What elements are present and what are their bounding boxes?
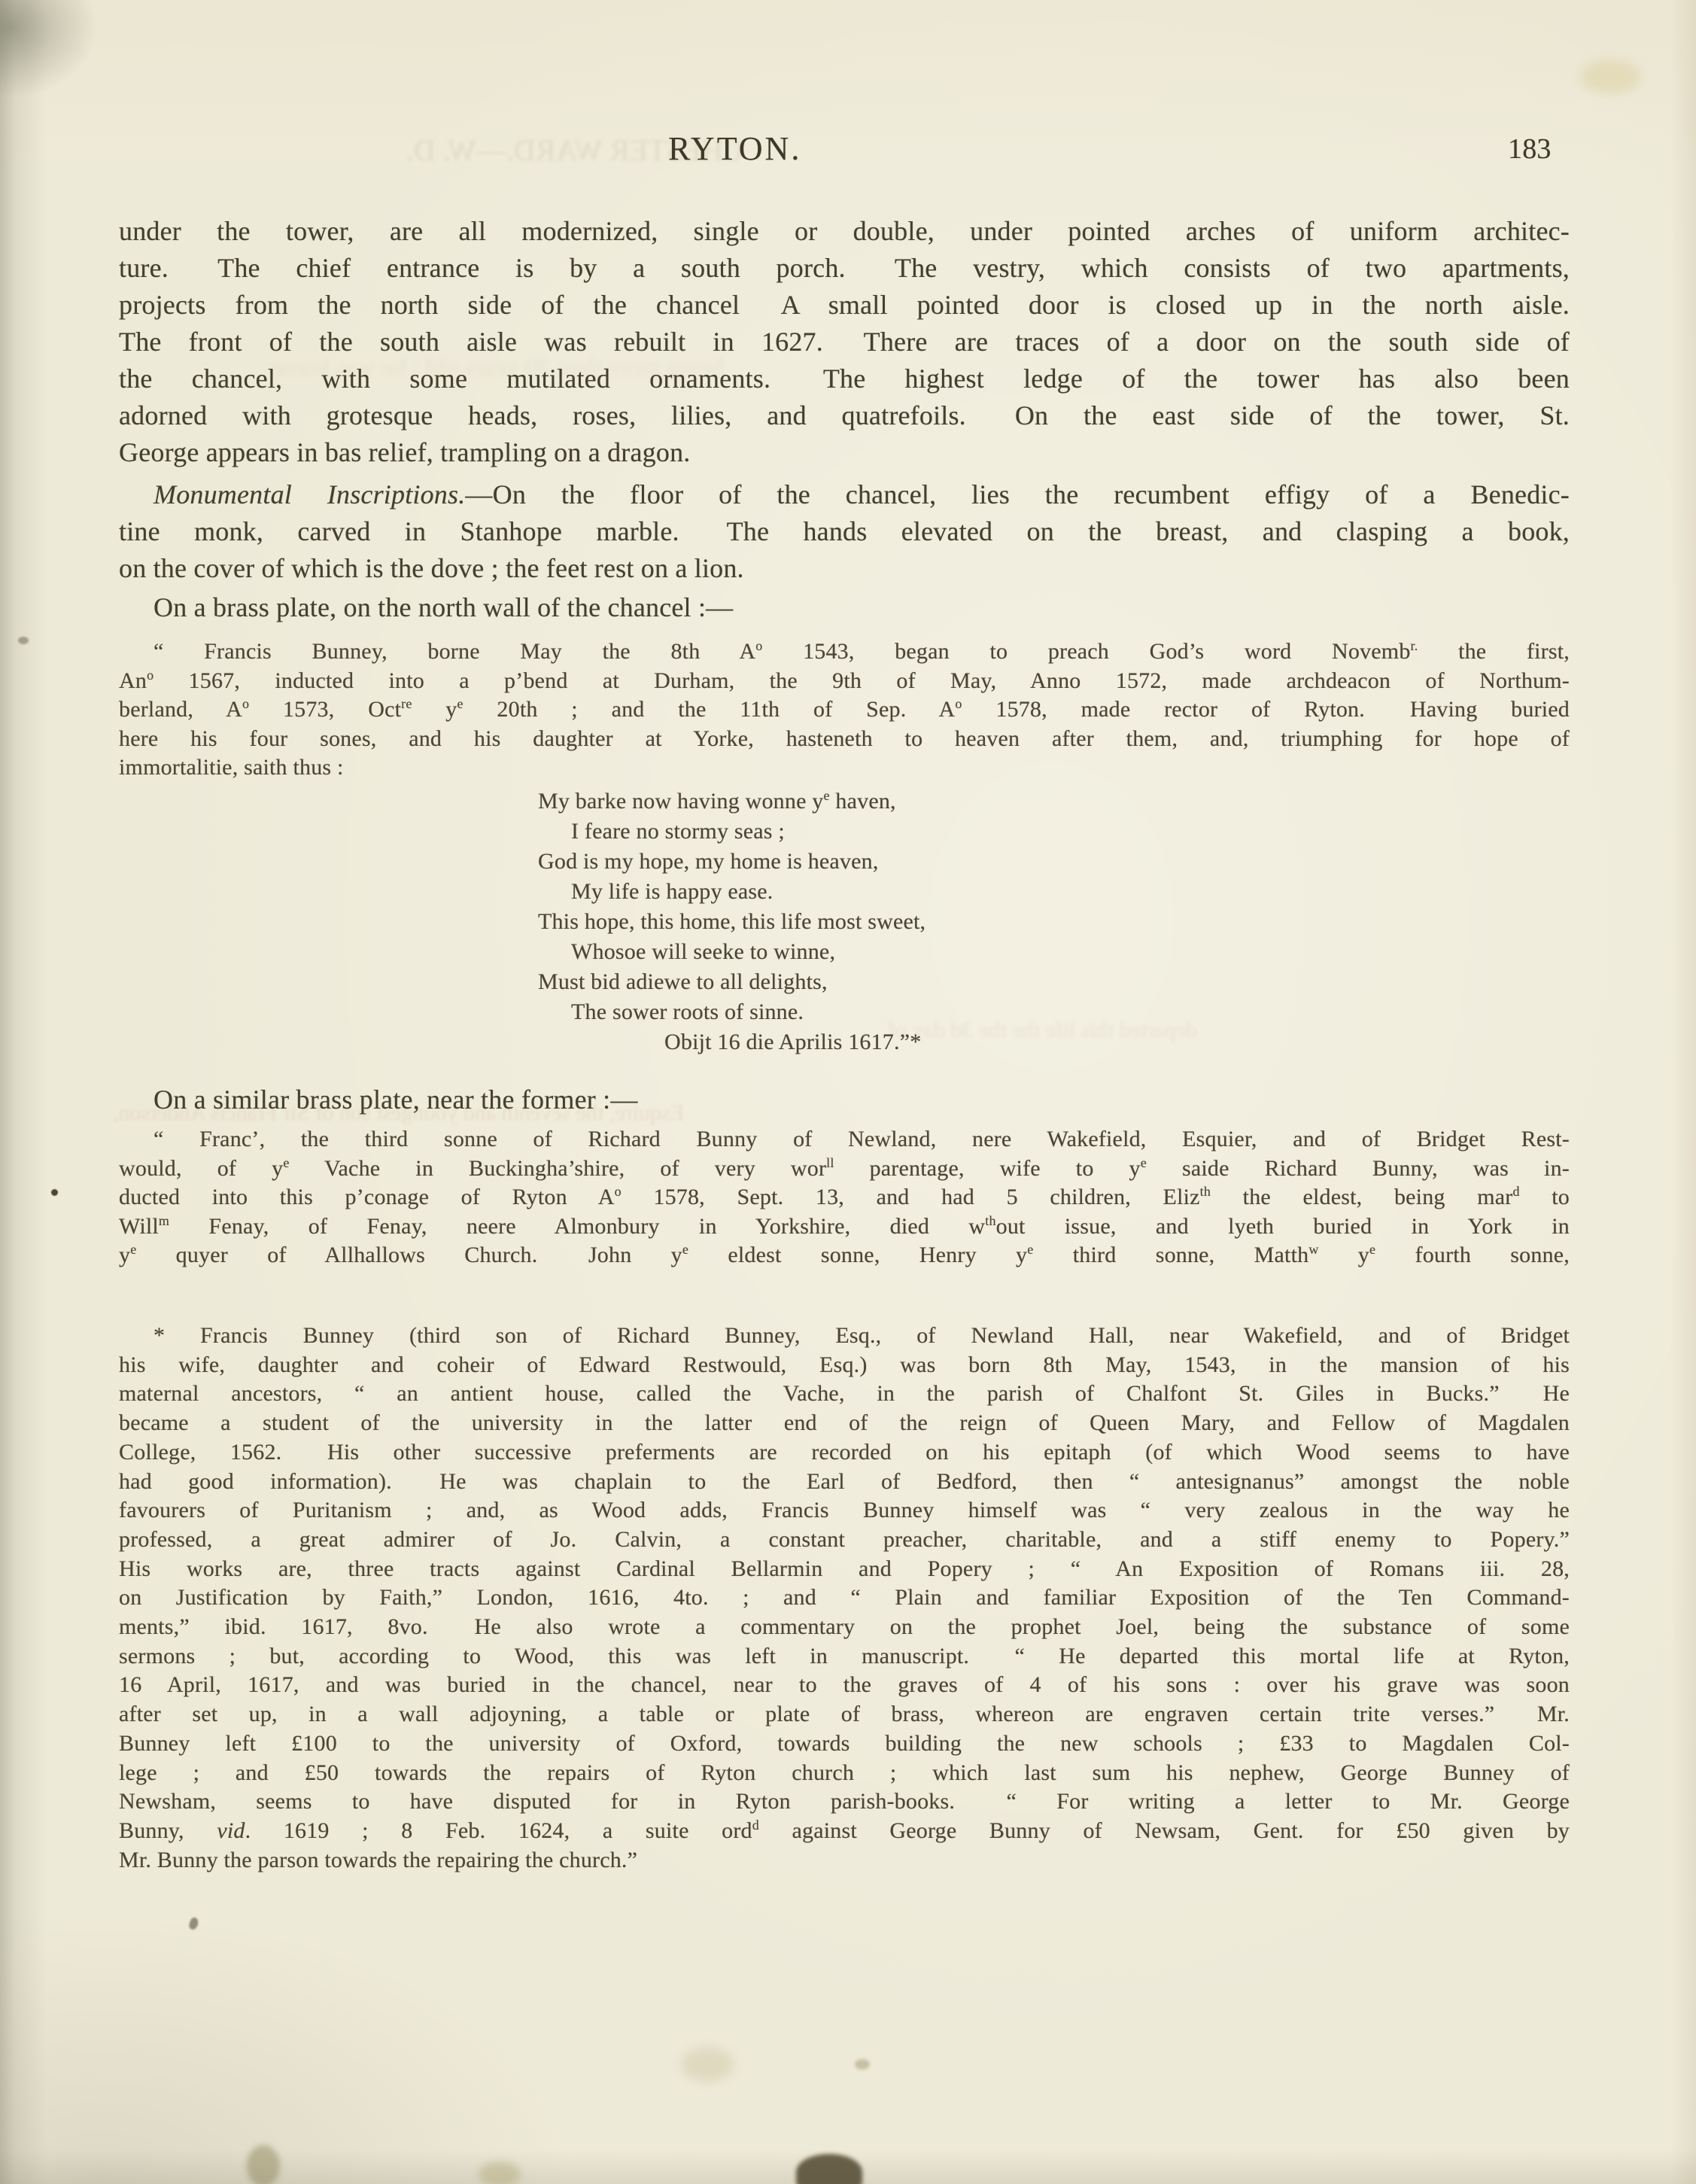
- verse-line: Obijt 16 die Aprilis 1617.”*: [538, 1027, 1366, 1057]
- epitaph-verse: My barke now having wonne ye haven,I fea…: [538, 786, 1366, 1057]
- text-line: the chancel, with some mutilated ornamen…: [119, 360, 1570, 397]
- footnote-line: lege ; and £50 towards the repairs of Ry…: [119, 1759, 1570, 1788]
- inscription-line: ducted into this p’conage of Ryton Ao 15…: [119, 1183, 1570, 1212]
- text-line: Monumental Inscriptions.—On the floor of…: [119, 476, 1570, 513]
- footnote-line: Bunny, vid. 1619 ; 8 Feb. 1624, a suite …: [119, 1817, 1570, 1846]
- lead-in-brass-plate: On a brass plate, on the north wall of t…: [119, 589, 1570, 626]
- body-paragraph-1: under the tower, are all modernized, sin…: [119, 213, 1570, 471]
- verse-line: I feare no stormy seas ;: [538, 817, 1366, 847]
- paper-stain: [855, 2059, 870, 2070]
- footnote-line: his wife, daughter and coheir of Edward …: [119, 1351, 1570, 1380]
- page-number: 183: [1508, 132, 1552, 166]
- ink-dot-mark: [51, 1189, 58, 1196]
- inscription-line: Willm Fenay, of Fenay, neere Almonbury i…: [119, 1212, 1570, 1242]
- verse-line: This hope, this home, this life most swe…: [538, 907, 1366, 937]
- footnote-line: Mr. Bunny the parson towards the repairi…: [119, 1846, 1570, 1875]
- paper-stain: [1580, 60, 1640, 93]
- inscription-franc-bunny: “ Franc’, the third sonne of Richard Bun…: [119, 1125, 1570, 1270]
- text-line: on the cover of which is the dove ; the …: [119, 550, 1570, 587]
- footnote-line: Bunney left £100 to the university of Ox…: [119, 1729, 1570, 1759]
- footnote-line: 16 April, 1617, and was buried in the ch…: [119, 1671, 1570, 1700]
- footnote-line: Newsham, seems to have disputed for in R…: [119, 1787, 1570, 1817]
- lead-in-similar-plate: On a similar brass plate, near the forme…: [119, 1081, 1570, 1118]
- footnote-line: His works are, three tracts against Card…: [119, 1555, 1570, 1584]
- verse-line: My life is happy ease.: [538, 877, 1366, 907]
- inscription-line: berland, Ao 1573, Octre ye 20th ; and th…: [119, 695, 1570, 725]
- text-line: adorned with grotesque heads, roses, lil…: [119, 397, 1570, 434]
- footnote-line: became a student of the university in th…: [119, 1409, 1570, 1438]
- inscription-line: Ano 1567, inducted into a p’bend at Durh…: [119, 667, 1570, 696]
- inscription-line: ye quyer of Allhallows Church. John ye e…: [119, 1241, 1570, 1270]
- verse-line: Must bid adiewe to all delights,: [538, 967, 1366, 997]
- text-line: The front of the south aisle was rebuilt…: [119, 324, 1570, 360]
- footnote-line: after set up, in a wall adjoyning, a tab…: [119, 1700, 1570, 1729]
- margin-mark: [18, 637, 29, 644]
- text-line: ture. The chief entrance is by a south p…: [119, 250, 1570, 287]
- text-line: under the tower, are all modernized, sin…: [119, 213, 1570, 250]
- footnote-line: favourers of Puritanism ; and, as Wood a…: [119, 1496, 1570, 1525]
- ink-speck: [187, 1917, 199, 1931]
- inscription-francis-bunney: “ Francis Bunney, borne May the 8th Ao 1…: [119, 637, 1570, 783]
- text-line: projects from the north side of the chan…: [119, 287, 1570, 324]
- text-line: tine monk, carved in Stanhope marble. Th…: [119, 513, 1570, 550]
- paper-stain: [681, 2047, 734, 2082]
- inscription-line: would, of ye Vache in Buckingha’shire, o…: [119, 1154, 1570, 1184]
- paper-stain: [247, 2145, 280, 2184]
- book-page: CHESTER WARD.—W. D. being more then 20 y…: [0, 0, 1696, 2184]
- body-paragraph-2: Monumental Inscriptions.—On the floor of…: [119, 476, 1570, 587]
- footnote-line: ments,” ibid. 1617, 8vo. He also wrote a…: [119, 1613, 1570, 1642]
- bottom-edge-smudge: [796, 2154, 862, 2184]
- inscription-line: immortalitie, saith thus :: [119, 753, 1570, 783]
- footnote-line: maternal ancestors, “ an antient house, …: [119, 1379, 1570, 1409]
- footnote-line: * Francis Bunney (third son of Richard B…: [119, 1322, 1570, 1351]
- page-header-title: RYTON.: [668, 129, 801, 168]
- verse-line: Whosoe will seeke to winne,: [538, 937, 1366, 967]
- inscription-line: “ Franc’, the third sonne of Richard Bun…: [119, 1125, 1570, 1154]
- inscription-line: here his four sones, and his daughter at…: [119, 725, 1570, 754]
- footnote-francis-bunney: * Francis Bunney (third son of Richard B…: [119, 1322, 1570, 1875]
- paper-stain: [479, 2161, 521, 2184]
- verse-line: My barke now having wonne ye haven,: [538, 786, 1366, 817]
- verse-line: God is my hope, my home is heaven,: [538, 847, 1366, 877]
- footnote-line: had good information). He was chaplain t…: [119, 1468, 1570, 1497]
- footnote-line: sermons ; but, according to Wood, this w…: [119, 1642, 1570, 1671]
- verse-line: The sower roots of sinne.: [538, 997, 1366, 1027]
- text-line: George appears in bas relief, trampling …: [119, 434, 1570, 471]
- footnote-line: professed, a great admirer of Jo. Calvin…: [119, 1525, 1570, 1555]
- inscription-line: “ Francis Bunney, borne May the 8th Ao 1…: [119, 637, 1570, 667]
- footnote-line: College, 1562. His other successive pref…: [119, 1438, 1570, 1468]
- footnote-line: on Justification by Faith,” London, 1616…: [119, 1583, 1570, 1613]
